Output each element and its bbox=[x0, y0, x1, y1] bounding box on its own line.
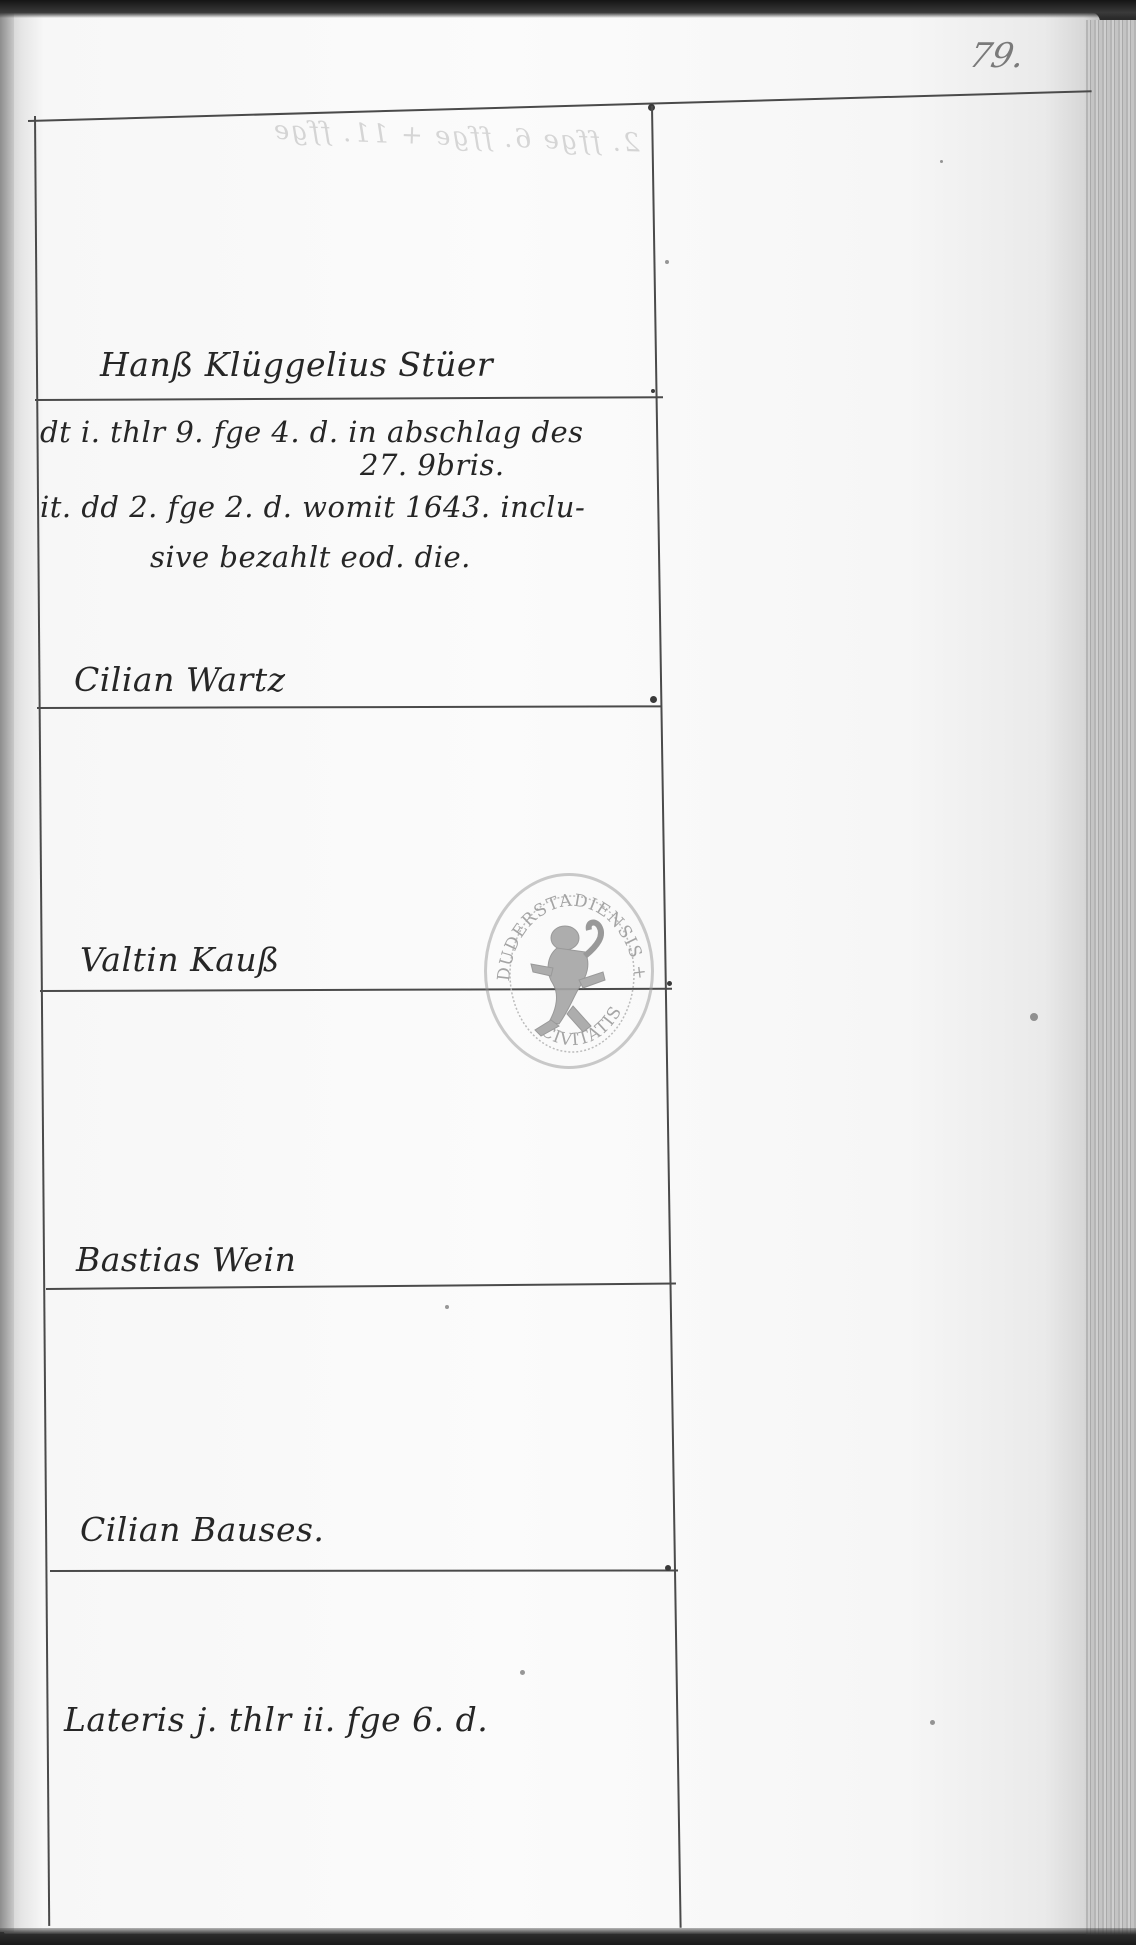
entry-note: it. dd 2. fge 2. d. womit 1643. inclu- bbox=[40, 490, 585, 524]
city-seal-stamp: DUDERSTADIENSIS + SECRETUM CIVITATIS bbox=[484, 873, 654, 1069]
folio-number: 79. bbox=[966, 36, 1029, 76]
entry-name: Valtin Kauß bbox=[80, 940, 280, 979]
entry-note: dt i. thlr 9. fge 4. d. in abschlag des bbox=[40, 415, 584, 449]
entry-note: sive bezahlt eod. die. bbox=[150, 540, 471, 574]
entry-note: 27. 9bris. bbox=[360, 448, 505, 482]
lion-seal-icon: DUDERSTADIENSIS + SECRETUM CIVITATIS bbox=[487, 876, 657, 1072]
top-shadow bbox=[0, 0, 1136, 18]
rule-junction-dot bbox=[667, 981, 672, 986]
entry-name: Hanß Klüggelius Stüer bbox=[100, 345, 493, 384]
paper-speck bbox=[445, 1305, 449, 1309]
rule-junction-dot bbox=[651, 389, 655, 393]
entry-name: Bastias Wein bbox=[76, 1240, 296, 1279]
paper-speck bbox=[520, 1670, 525, 1675]
rule-junction-dot bbox=[665, 1565, 671, 1571]
paper-speck bbox=[1030, 1013, 1038, 1021]
page-stack-edge bbox=[1086, 20, 1136, 1935]
entry-name: Cilian Bauses. bbox=[80, 1510, 324, 1549]
binding-gutter bbox=[0, 12, 14, 1932]
entry-name: Cilian Wartz bbox=[74, 660, 285, 699]
paper-speck bbox=[930, 1720, 935, 1725]
paper-speck bbox=[940, 160, 943, 163]
rule-junction-dot bbox=[650, 696, 657, 703]
paper-speck bbox=[665, 260, 669, 264]
page-total: Lateris j. thlr ii. fge 6. d. bbox=[64, 1700, 488, 1739]
bottom-shadow bbox=[0, 1928, 1136, 1945]
